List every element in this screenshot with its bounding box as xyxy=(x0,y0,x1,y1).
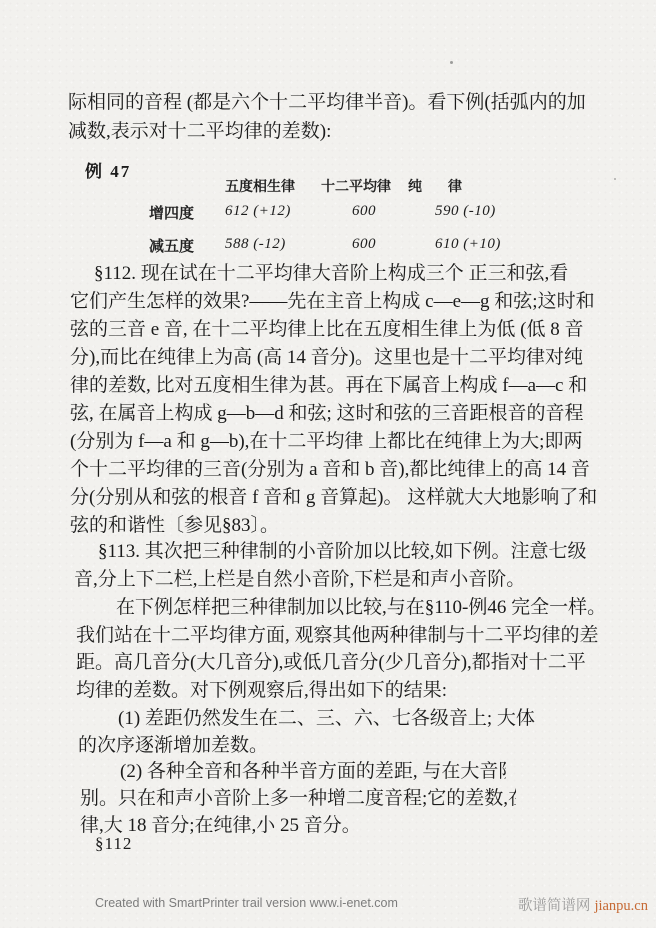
table-cell: 612 (+12) xyxy=(225,203,291,220)
smartprinter-watermark: Created with SmartPrinter trail version … xyxy=(95,896,398,910)
text-line: 律,大 18 音分;在纯律,小 25 音分。 xyxy=(80,812,516,839)
table-cell: 588 (-12) xyxy=(225,236,286,253)
table-cell: 610 (+10) xyxy=(435,236,501,253)
table-header-equal: 十二平均律 xyxy=(321,176,391,196)
text-line-segment: (2) 各种全音和各种半音方面的差距, 与在大音 xyxy=(120,761,498,782)
text-line: (2) 各种全音和各种半音方面的差距, 与在大音阶 xyxy=(80,758,516,785)
table-header-just-1: 纯 xyxy=(408,176,422,196)
temperament-comparison-table: 五度相生律 十二平均律 纯 律 增四度 612 (+12) 600 590 (-… xyxy=(0,176,656,266)
text-line: 分(分别从和弦的根音 f 音和 g 音算起)。 这样就大大地影响了和 xyxy=(70,484,597,512)
text-line: 弦, 在属音上构成 g—b—d 和弦; 这时和弦的三音距根音的音程 xyxy=(70,400,597,428)
text-line: 的次序逐渐增加差数。 xyxy=(78,732,535,759)
text-line: §113. 其次把三种律制的小音阶加以比较,如下例。注意七级 xyxy=(74,538,587,566)
paragraph-113: §113. 其次把三种律制的小音阶加以比较,如下例。注意七级 音,分上下二栏,上… xyxy=(74,538,587,594)
table-row-label: 减五度 xyxy=(149,235,194,256)
text-line: §112. 现在试在十二平均律大音阶上构成三个 正三和弦,看 xyxy=(70,260,597,288)
text-line: 个十二平均律的三音(分别为 a 音和 b 音),都比纯律上的高 14 音 xyxy=(70,456,597,484)
result-item-1: (1) 差距仍然发生在二、三、六、七各级音上; 大体 的次序逐渐增加差数。 xyxy=(78,705,535,759)
table-row-label: 增四度 xyxy=(149,202,194,223)
text-line: 弦的和谐性〔参见§83〕。 xyxy=(70,512,597,540)
site-name: 歌谱简谱网 xyxy=(518,898,591,914)
paragraph-comparison: 在下例怎样把三种律制加以比较,与在§110-例46 完全一样。 我们站在十二平均… xyxy=(76,594,606,704)
clipped-character: 在 xyxy=(508,785,516,812)
site-watermark: 歌谱简谱网 jianpu.cn xyxy=(518,894,648,915)
text-line: 均律的差数。对下例观察后,得出如下的结果: xyxy=(76,677,606,705)
text-line: 别。只在和声小音阶上多一种增二度音程;它的差数,在 xyxy=(80,785,516,812)
table-cell: 590 (-10) xyxy=(435,203,496,220)
scanned-book-page: { "intro": { "lines": [ "际相同的音程 (都是六个十二平… xyxy=(0,0,656,928)
table-header-just-2: 律 xyxy=(448,176,462,196)
text-line: 我们站在十二平均律方面, 观察其他两种律制与十二平均律的差 xyxy=(76,622,606,650)
text-line: (分别为 f—a 和 g—b),在十二平均律 上都比在纯律上为大;即两 xyxy=(70,428,597,456)
text-line: 际相同的音程 (都是六个十二平均律半音)。看下例(括弧内的加 xyxy=(68,88,586,117)
text-line: 分),而比在纯律上为高 (高 14 音分)。这里也是十二平均律对纯 xyxy=(70,344,597,372)
text-line-segment: 别。只在和声小音阶上多一种增二度音程;它的差数, xyxy=(80,788,508,809)
text-line: (1) 差距仍然发生在二、三、六、七各级音上; 大体 xyxy=(78,705,535,732)
table-header-pythagorean: 五度相生律 xyxy=(225,176,295,196)
scan-speck xyxy=(450,61,453,64)
text-line: 律的差数, 比对五度相生律为甚。再在下属音上构成 f—a—c 和 xyxy=(70,372,597,400)
text-line: 它们产生怎样的效果?——先在主音上构成 c—e—g 和弦;这时和 xyxy=(70,288,597,316)
page-section-marker: §112 xyxy=(95,834,132,854)
paragraph-intro: 际相同的音程 (都是六个十二平均律半音)。看下例(括弧内的加 减数,表示对十二平… xyxy=(68,88,586,146)
clipped-character: 阶 xyxy=(498,758,506,785)
site-link: jianpu.cn xyxy=(594,898,648,914)
table-cell: 600 xyxy=(352,203,376,220)
scan-speck xyxy=(614,178,616,180)
paragraph-112: §112. 现在试在十二平均律大音阶上构成三个 正三和弦,看 它们产生怎样的效果… xyxy=(70,260,597,540)
table-cell: 600 xyxy=(352,236,376,253)
text-line: 减数,表示对十二平均律的差数): xyxy=(68,117,586,146)
result-item-2: (2) 各种全音和各种半音方面的差距, 与在大音阶 别。只在和声小音阶上多一种增… xyxy=(80,758,516,839)
text-line: 距。高几音分(大几音分),或低几音分(少几音分),都指对十二平 xyxy=(76,649,606,677)
text-line: 音,分上下二栏,上栏是自然小音阶,下栏是和声小音阶。 xyxy=(74,566,587,594)
text-line: 弦的三音 e 音, 在十二平均律上比在五度相生律上为低 (低 8 音 xyxy=(70,316,597,344)
text-line: 在下例怎样把三种律制加以比较,与在§110-例46 完全一样。 xyxy=(76,594,606,622)
